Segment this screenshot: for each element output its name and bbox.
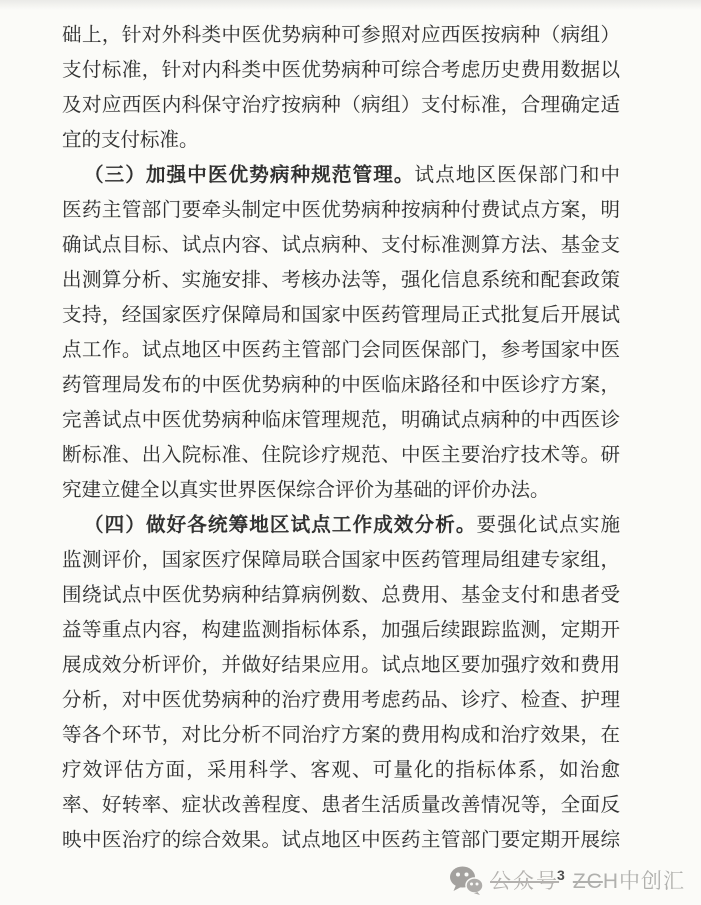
body-text: 究建立健全以真实世界医保综合评价为基础的评价办法。 <box>62 480 550 501</box>
text-line: 支付标准，针对内科类中医优势病种可综合考虑历史费用数据以 <box>62 53 620 88</box>
text-line: 展成效分析评价，并做好结果应用。试点地区要加强疗效和费用 <box>62 648 620 683</box>
section-heading: （三）加强中医优势病种规范管理。 <box>84 165 415 186</box>
watermark-footer: 公众号 3 ZCH中创汇 <box>449 861 685 899</box>
body-text: 支付标准，针对内科类中医优势病种可综合考虑历史费用数据以 <box>62 60 620 81</box>
body-text: 映中医治疗的综合效果。试点地区中医药主管部门要定期开展综 <box>62 830 620 851</box>
text-line: 率、好转率、症状改善程度、患者生活质量改善情况等，全面反 <box>62 788 620 823</box>
text-line: 完善试点中医优势病种临床管理规范，明确试点病种的中西医诊 <box>62 403 620 438</box>
text-line: 确试点目标、试点内容、试点病种、支付标准测算方法、基金支 <box>62 228 620 263</box>
text-line: 映中医治疗的综合效果。试点地区中医药主管部门要定期开展综 <box>62 823 620 858</box>
body-text: 医药主管部门要牵头制定中医优势病种按病种付费试点方案，明 <box>62 200 620 221</box>
body-text: 及对应西医内科保守治疗按病种（病组）支付标准，合理确定适 <box>62 95 620 116</box>
body-text: 试点地区医保部门和中 <box>415 165 620 186</box>
text-line: 及对应西医内科保守治疗按病种（病组）支付标准，合理确定适 <box>62 88 620 123</box>
text-line: 究建立健全以真实世界医保综合评价为基础的评价办法。 <box>62 473 620 508</box>
text-line: 药管理局发布的中医优势病种的中医临床路径和中医诊疗方案， <box>62 368 620 403</box>
text-line: 础上，针对外科类中医优势病种可参照对应西医按病种（病组） <box>62 18 620 53</box>
watermark-brand-struck: ZC <box>573 870 603 893</box>
body-text: 监测评价，国家医疗保障局联合国家中医药管理局组建专家组， <box>62 550 620 571</box>
body-text: 支持，经国家医疗保障局和国家中医药管理局正式批复后开展试 <box>62 305 620 326</box>
wechat-icon <box>449 865 483 895</box>
body-text: 药管理局发布的中医优势病种的中医临床路径和中医诊疗方案， <box>62 375 620 396</box>
watermark-brand-rest: H中创汇 <box>603 870 685 893</box>
watermark-label: 公众号 <box>490 865 559 895</box>
text-line: 等各个环节，对比分析不同治疗方案的费用构成和治疗效果，在 <box>62 718 620 753</box>
text-line: 出测算分析、实施安排、考核办法等，强化信息系统和配套政策 <box>62 263 620 298</box>
text-line: 点工作。试点地区中医药主管部门会同医保部门，参考国家中医 <box>62 333 620 368</box>
body-text: 础上，针对外科类中医优势病种可参照对应西医按病种（病组） <box>62 25 620 46</box>
body-text: 断标准、出入院标准、住院诊疗规范、中医主要治疗技术等。研 <box>62 445 620 466</box>
text-line: 益等重点内容，构建监测指标体系，加强后续跟踪监测，定期开 <box>62 613 620 648</box>
body-text: 围绕试点中医优势病种结算病例数、总费用、基金支付和患者受 <box>62 585 620 606</box>
text-line: 断标准、出入院标准、住院诊疗规范、中医主要治疗技术等。研 <box>62 438 620 473</box>
text-line: 分析，对中医优势病种的治疗费用考虑药品、诊疗、检查、护理 <box>62 683 620 718</box>
text-line: 疗效评估方面，采用科学、客观、可量化的指标体系，如治愈 <box>62 753 620 788</box>
body-text: 疗效评估方面，采用科学、客观、可量化的指标体系，如治愈 <box>62 760 620 781</box>
body-text: 要强化试点实施 <box>477 515 620 536</box>
body-text: 益等重点内容，构建监测指标体系，加强后续跟踪监测，定期开 <box>62 620 620 641</box>
body-text: 出测算分析、实施安排、考核办法等，强化信息系统和配套政策 <box>62 270 620 291</box>
body-text: 分析，对中医优势病种的治疗费用考虑药品、诊疗、检查、护理 <box>62 690 620 711</box>
section-heading: （四）做好各统筹地区试点工作成效分析。 <box>84 515 477 536</box>
body-text: 宜的支付标准。 <box>62 130 199 151</box>
document-text: 础上，针对外科类中医优势病种可参照对应西医按病种（病组）支付标准，针对内科类中医… <box>62 18 620 858</box>
text-line: 监测评价，国家医疗保障局联合国家中医药管理局组建专家组， <box>62 543 620 578</box>
watermark-superscript: 3 <box>557 864 565 882</box>
watermark-brand: ZCH中创汇 <box>573 865 685 895</box>
text-line: （四）做好各统筹地区试点工作成效分析。要强化试点实施 <box>62 508 620 543</box>
body-text: 率、好转率、症状改善程度、患者生活质量改善情况等，全面反 <box>62 795 620 816</box>
text-line: 围绕试点中医优势病种结算病例数、总费用、基金支付和患者受 <box>62 578 620 613</box>
text-line: 医药主管部门要牵头制定中医优势病种按病种付费试点方案，明 <box>62 193 620 228</box>
body-text: 等各个环节，对比分析不同治疗方案的费用构成和治疗效果，在 <box>62 725 620 746</box>
body-text: 完善试点中医优势病种临床管理规范，明确试点病种的中西医诊 <box>62 410 620 431</box>
body-text: 展成效分析评价，并做好结果应用。试点地区要加强疗效和费用 <box>62 655 620 676</box>
text-line: 支持，经国家医疗保障局和国家中医药管理局正式批复后开展试 <box>62 298 620 333</box>
text-line: （三）加强中医优势病种规范管理。试点地区医保部门和中 <box>62 158 620 193</box>
body-text: 确试点目标、试点内容、试点病种、支付标准测算方法、基金支 <box>62 235 620 256</box>
scanned-document-page: 础上，针对外科类中医优势病种可参照对应西医按病种（病组）支付标准，针对内科类中医… <box>0 0 701 905</box>
text-line: 宜的支付标准。 <box>62 123 620 158</box>
body-text: 点工作。试点地区中医药主管部门会同医保部门，参考国家中医 <box>62 340 620 361</box>
